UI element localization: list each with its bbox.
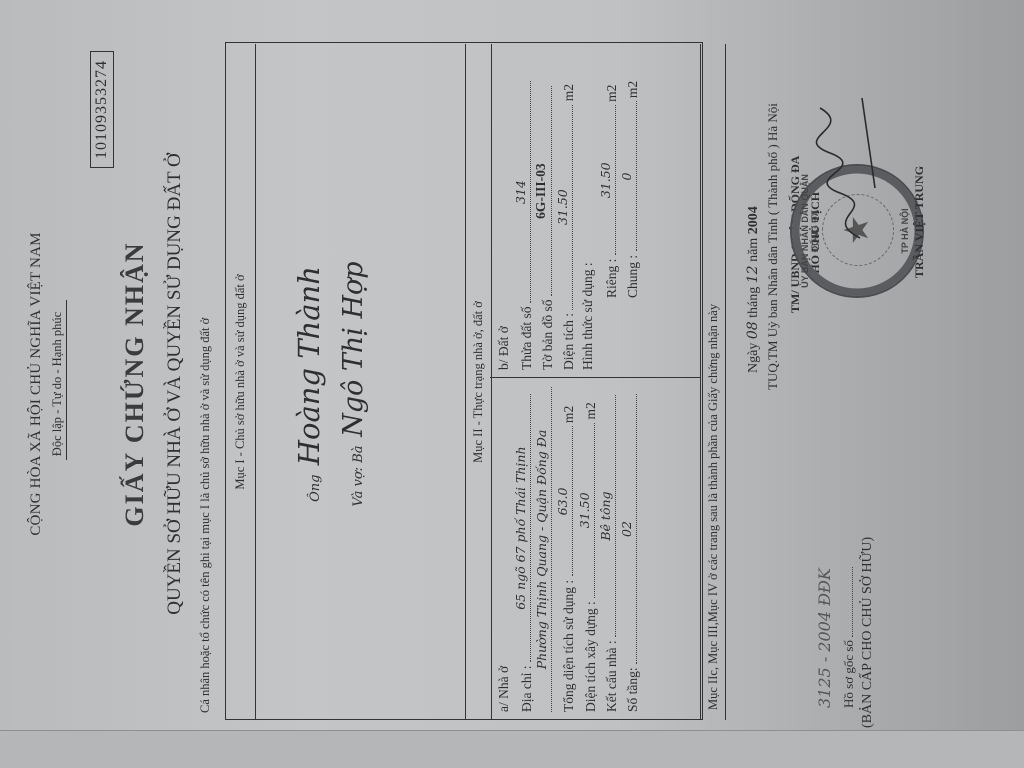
certificate-document: CỘNG HÒA XÃ HỘI CHỦ NGHĨA VIỆT NAM Độc l… (0, 0, 1024, 768)
issue-date: Ngày 08 tháng 12 năm 2004 (745, 206, 762, 373)
signer-name: TRẦN VIỆT TRUNG (912, 166, 927, 278)
motto-underline (66, 300, 67, 460)
issuing-committee: TUQ.TM Uỷ ban Nhân dân Tỉnh ( Thành phố … (765, 103, 781, 390)
structure-label: Kết cấu nhà : (604, 640, 619, 712)
usage-row: Hình thức sử dụng : (580, 262, 596, 370)
built-area-row: Diện tích xây dựng : 31.50 m2 (580, 402, 599, 712)
private-unit: m2 (604, 85, 619, 102)
year-label: năm (746, 238, 761, 262)
map-sheet-label: Tờ bản đồ số (540, 299, 555, 370)
floors-label: Số tầng: (625, 667, 640, 712)
dossier-label: Hồ sơ gốc số (838, 567, 857, 708)
section-1-title: Mục I - Chủ sở hữu nhà ở và sử dụng đất … (225, 44, 255, 720)
month-label: tháng (746, 287, 761, 318)
archive-number: 3125 - 2004 ĐĐK (815, 568, 834, 708)
section-2-title: Mục II - Thực trạng nhà ở, đất ở (466, 44, 491, 720)
dossier-label-text: Hồ sơ gốc số (841, 640, 856, 708)
shared-use-row: Chung : 0 m2 (622, 81, 641, 298)
handwritten-signature (800, 88, 900, 248)
date-day: 08 (745, 321, 761, 339)
owner-name: Hoàng Thành (292, 266, 326, 465)
date-month: 12 (745, 265, 761, 283)
shared-unit: m2 (625, 81, 640, 98)
land-area-unit: m2 (561, 84, 576, 101)
shared-label: Chung : (625, 255, 640, 298)
document-title: GIẤY CHỨNG NHẬN (120, 0, 150, 768)
structure-value: Bê tông (598, 395, 613, 637)
intro-text: Cá nhân hoặc tổ chức có tên ghi tại mục … (198, 318, 213, 713)
address-label: Địa chỉ : (519, 666, 534, 713)
structure-row: Kết cấu nhà : Bê tông (601, 395, 620, 712)
total-area-value: 63.0 (555, 426, 570, 576)
house-heading: a/ Nhà ở (496, 666, 512, 712)
address-line2-value: Phường Thịnh Quang - Quận Đống Đa (534, 387, 549, 712)
national-motto: Độc lập - Tự do - Hạnh phúc (50, 0, 65, 768)
date-prefix: Ngày (746, 343, 761, 373)
parcel-label: Thửa đất số (519, 306, 534, 370)
owner-name-line: Ông Hoàng Thành (292, 0, 326, 768)
built-area-value: 31.50 (577, 423, 592, 598)
spouse-name: Ngô Thị Hợp (338, 261, 369, 436)
total-area-label: Tổng diện tích sử dụng : (561, 580, 576, 712)
copy-designation: (BẢN CẤP CHO CHỦ SỞ HỮU) (860, 537, 876, 728)
shared-value: 0 (619, 101, 634, 251)
parcel-value: 314 (513, 81, 528, 303)
seal-bottom-text: TP HÀ NỘI (900, 166, 910, 296)
section-2-divider (490, 377, 701, 378)
total-area-unit: m2 (561, 406, 576, 423)
owner-prefix: Ông (308, 475, 323, 502)
house-address-row: Địa chỉ : 65 ngõ 67 phố Thái Thịnh (516, 394, 535, 712)
land-area-row: Diện tích : 31.50 m2 (558, 84, 577, 370)
land-heading: b/ Đất ở (496, 326, 512, 370)
total-area-row: Tổng diện tích sử dụng : 63.0 m2 (558, 406, 577, 712)
land-area-label: Diện tích : (561, 313, 576, 370)
private-label: Riêng : (604, 259, 619, 298)
section-3-note-bar: Mục IIc, Mục III,Mục IV ở các trang sau … (700, 44, 726, 720)
spouse-name-line: Và vợ: Bà Ngô Thị Hợp (338, 0, 369, 768)
section-1-header: Mục I - Chủ sở hữu nhà ở và sử dụng đất … (225, 44, 256, 720)
built-area-unit: m2 (583, 402, 598, 419)
land-area-value: 31.50 (555, 105, 570, 310)
section-3-note: Mục IIc, Mục III,Mục IV ở các trang sau … (701, 44, 725, 720)
address-line1-value: 65 ngõ 67 phố Thái Thịnh (513, 394, 528, 662)
map-sheet-row: Tờ bản đồ số 6G-III-03 (537, 86, 556, 370)
private-use-row: Riêng : 31.50 m2 (601, 85, 620, 298)
map-sheet-value: 6G-III-03 (533, 86, 549, 296)
house-address-row-2: Phường Thịnh Quang - Quận Đống Đa (537, 387, 556, 712)
floors-value: 02 (619, 394, 634, 664)
section-2-header: Mục II - Thực trạng nhà ở, đất ở (465, 44, 492, 720)
document-subtitle: QUYỀN SỞ HỮU NHÀ Ở VÀ QUYỀN SỬ DỤNG ĐẤT … (164, 0, 186, 768)
spouse-prefix: Và vợ: Bà (351, 445, 366, 506)
built-area-label: Diện tích xây dựng : (583, 601, 598, 712)
floors-row: Số tầng: 02 (622, 394, 641, 712)
serial-number-box: 10109353274 (90, 51, 114, 168)
republic-heading: CỘNG HÒA XÃ HỘI CHỦ NGHĨA VIỆT NAM (28, 0, 45, 768)
private-value: 31.50 (598, 105, 613, 255)
date-year: 2004 (746, 206, 761, 234)
